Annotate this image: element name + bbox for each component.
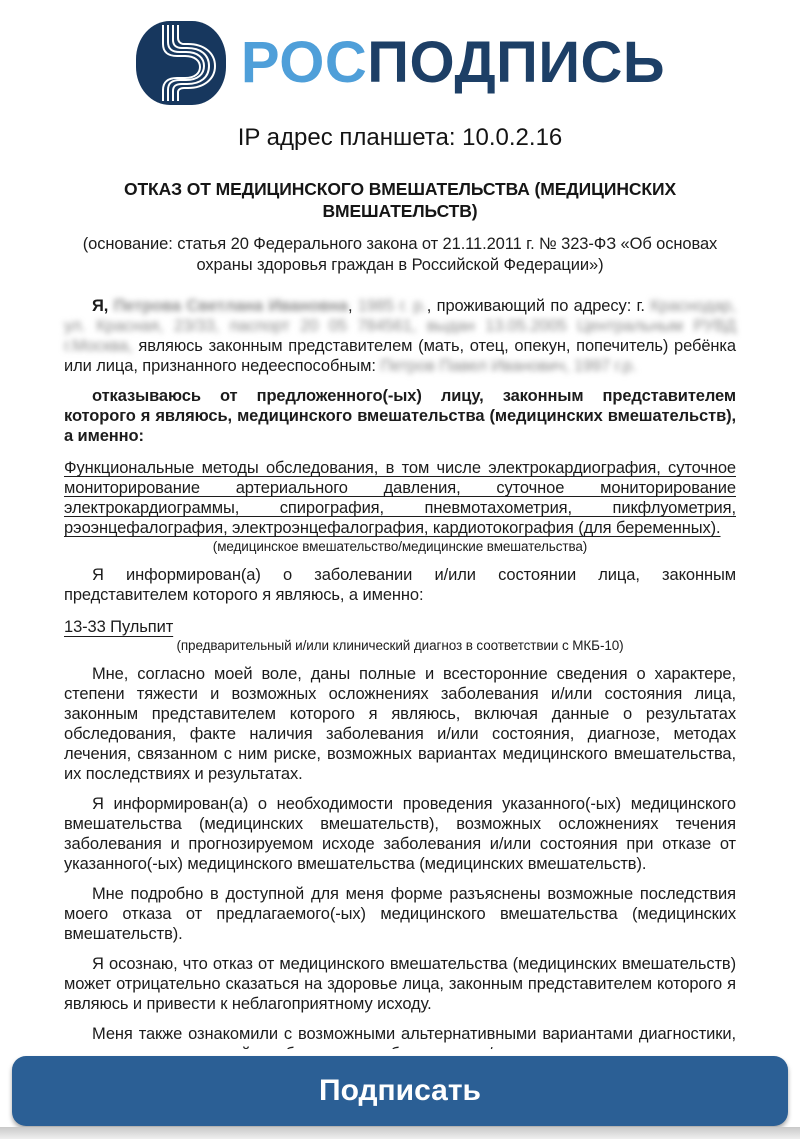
- diagnosis-line: 13-33 Пульпит: [64, 617, 736, 637]
- document-body: ОТКАЗ ОТ МЕДИЦИНСКОГО ВМЕШАТЕЛЬСТВА (МЕД…: [0, 178, 800, 1104]
- interventions-list: Функциональные методы обследования, в то…: [64, 458, 736, 538]
- wordmark-podpis: ПОДПИСЬ: [367, 30, 665, 95]
- intro-paragraph: Я, Петрова Светлана Ивановна, 1985 г. р.…: [64, 296, 736, 376]
- tablet-ip-address: IP адрес планшета: 10.0.2.16: [0, 124, 800, 152]
- intro-i-label: Я,: [92, 297, 108, 315]
- informed-line: Я информирован(а) о заболевании и/или со…: [64, 565, 736, 605]
- refusal-statement: отказываюсь от предложенного(-ых) лицу, …: [64, 386, 736, 446]
- blurred-birth-year: 1985 г. р.: [358, 297, 427, 315]
- sign-button[interactable]: Подписать: [12, 1056, 788, 1126]
- body-paragraph: Мне подробно в доступной для меня форме …: [64, 884, 736, 944]
- body-paragraph: Я информирован(а) о необходимости провед…: [64, 794, 736, 874]
- bottom-edge-strip: [0, 1127, 800, 1139]
- blurred-patient-name: Петрова Светлана Ивановна: [114, 297, 348, 315]
- diagnosis-caption: (предварительный и/или клинический диагн…: [64, 638, 736, 654]
- body-paragraph: Я осознаю, что отказ от медицинского вме…: [64, 954, 736, 1014]
- intro-comma: ,: [348, 297, 352, 315]
- intro-comma: ,: [427, 297, 431, 315]
- interventions-caption: (медицинское вмешательство/медицинские в…: [64, 539, 736, 555]
- intro-address-lead: проживающий по адресу: г.: [437, 297, 645, 315]
- rospodpis-logo: РОСПОДПИСЬ: [0, 0, 800, 106]
- body-paragraph: Мне, согласно моей воле, даны полные и в…: [64, 664, 736, 784]
- blurred-ward-name: Петров Павел Иванович, 1997 г.р.: [380, 357, 636, 375]
- footer-bar: Подписать: [0, 1049, 800, 1139]
- document-legal-basis: (основание: статья 20 Федерального закон…: [64, 234, 736, 276]
- document-title: ОТКАЗ ОТ МЕДИЦИНСКОГО ВМЕШАТЕЛЬСТВА (МЕД…: [64, 178, 736, 222]
- rospodpis-logo-icon: [135, 20, 227, 106]
- wordmark-ros: РОС: [241, 30, 367, 95]
- diagnosis-code-text: 13-33 Пульпит: [64, 618, 173, 636]
- rospodpis-wordmark: РОСПОДПИСЬ: [241, 34, 665, 92]
